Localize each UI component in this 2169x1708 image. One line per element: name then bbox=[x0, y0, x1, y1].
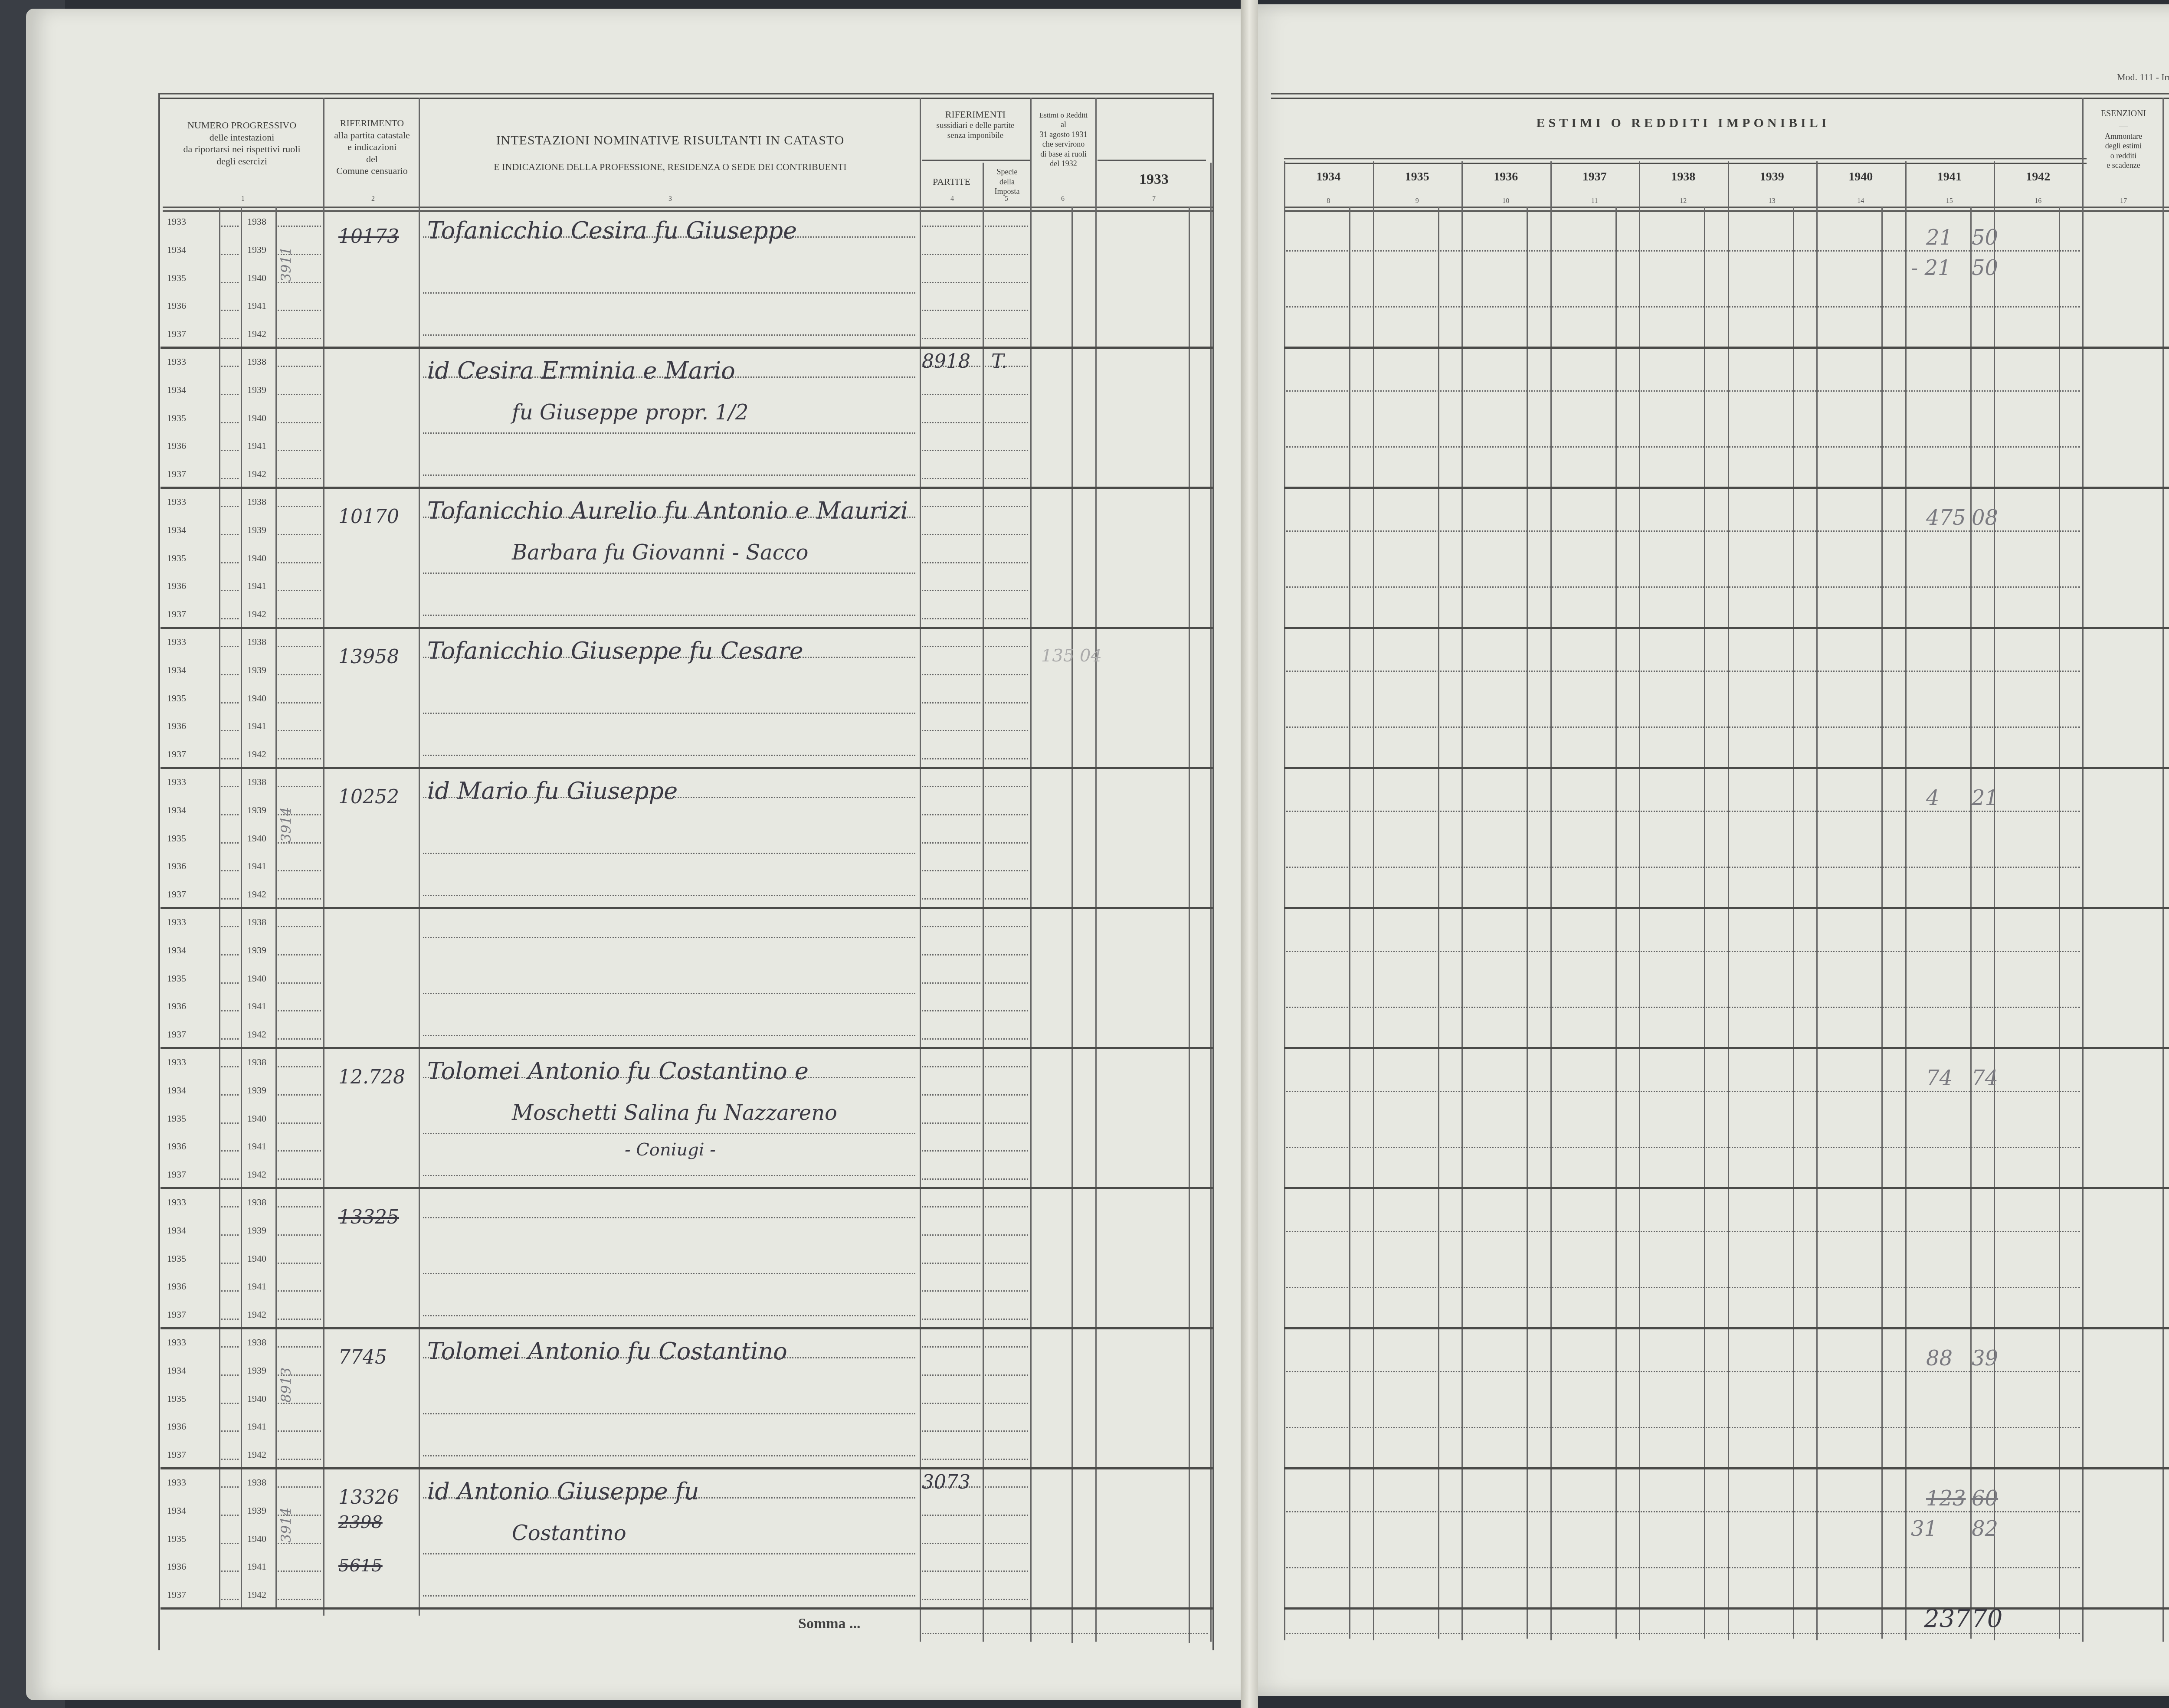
intestazione-line-2: Moschetti Salina fu Nazzareno bbox=[512, 1101, 837, 1125]
header-estimi-redditi-imponibili: ESTIMI O REDDITI IMPONIBILI bbox=[1284, 115, 2082, 131]
year-label-b: 1941 bbox=[247, 300, 266, 311]
year-label-a: 1937 bbox=[167, 1449, 186, 1460]
progressivo-note: 8913 bbox=[278, 1368, 294, 1403]
year-label-a: 1936 bbox=[167, 861, 186, 872]
partite-value: 3073 bbox=[922, 1471, 970, 1493]
year-label-a: 1935 bbox=[167, 412, 186, 424]
progressivo-note: 3914 bbox=[278, 807, 294, 842]
year-label-a: 1934 bbox=[167, 244, 186, 255]
estimo-1941-lire: 21 bbox=[1926, 226, 1953, 250]
estimo-1941-lire: 74 bbox=[1926, 1066, 1953, 1090]
year-label-b: 1942 bbox=[247, 609, 266, 620]
intestazione-line-1: id Mario fu Giuseppe bbox=[427, 777, 678, 805]
year-label-a: 1935 bbox=[167, 1253, 186, 1264]
year-header-1936: 1936 bbox=[1461, 170, 1550, 184]
year-label-a: 1937 bbox=[167, 468, 186, 480]
col-number-6: 6 bbox=[1054, 195, 1071, 203]
year-label-b: 1941 bbox=[247, 1281, 266, 1292]
intestazione-line-1: Tofanicchio Giuseppe fu Cesare bbox=[427, 637, 803, 664]
year-label-a: 1937 bbox=[167, 328, 186, 340]
year-label-b: 1940 bbox=[247, 1253, 266, 1264]
year-label-b: 1939 bbox=[247, 384, 266, 396]
year-label-a: 1936 bbox=[167, 1421, 186, 1432]
year-label-a: 1937 bbox=[167, 889, 186, 900]
year-label-a: 1934 bbox=[167, 945, 186, 956]
col-number-12: 12 bbox=[1674, 197, 1692, 205]
year-label-a: 1934 bbox=[167, 805, 186, 816]
year-label-b: 1941 bbox=[247, 861, 266, 872]
intestazione-line-1: Tolomei Antonio fu Costantino e bbox=[427, 1057, 809, 1085]
year-label-b: 1942 bbox=[247, 1169, 266, 1180]
year-label-a: 1937 bbox=[167, 1589, 186, 1600]
year-label-a: 1933 bbox=[167, 1477, 186, 1488]
header-numero-progressivo: NUMERO PROGRESSIVO delle intestazioni da… bbox=[161, 119, 323, 167]
col-number-16: 16 bbox=[2029, 197, 2047, 205]
header-riferimenti-sussidiari: RIFERIMENTI sussidiari e delle partite s… bbox=[921, 108, 1030, 141]
col-number-15: 15 bbox=[1941, 197, 1958, 205]
estimo-1932-value: 135 04 bbox=[1041, 646, 1102, 666]
year-label-b: 1941 bbox=[247, 440, 266, 452]
book-spine bbox=[1241, 0, 1258, 1708]
year-label-a: 1935 bbox=[167, 1393, 186, 1404]
year-label-b: 1942 bbox=[247, 1449, 266, 1460]
year-label-b: 1940 bbox=[247, 1113, 266, 1124]
header-partite: PARTITE bbox=[921, 176, 983, 188]
year-header-1938: 1938 bbox=[1639, 170, 1728, 184]
intestazione-line-1: Tofanicchio Cesira fu Giuseppe bbox=[427, 217, 797, 244]
year-label-a: 1934 bbox=[167, 1085, 186, 1096]
year-label-a: 1934 bbox=[167, 384, 186, 396]
header-annotazioni: ANNOTAZIONI bbox=[2165, 143, 2169, 156]
year-header-1935: 1935 bbox=[1373, 170, 1462, 184]
riferimento-partita: 13958 bbox=[338, 646, 399, 668]
intestazione-line-3: - Coniugi - bbox=[625, 1140, 716, 1160]
col-number-4: 4 bbox=[944, 195, 961, 203]
year-label-b: 1940 bbox=[247, 973, 266, 984]
year-label-a: 1934 bbox=[167, 664, 186, 676]
year-label-b: 1942 bbox=[247, 468, 266, 480]
col-number-2: 2 bbox=[364, 195, 382, 203]
year-label-b: 1939 bbox=[247, 1505, 266, 1516]
estimo-1941-lire: 4 bbox=[1926, 786, 1940, 810]
year-label-b: 1938 bbox=[247, 916, 266, 928]
riferimento-struck-1: 2398 bbox=[338, 1512, 383, 1532]
header-riferimento: RIFERIMENTO alla partita catastale e ind… bbox=[325, 117, 419, 177]
year-header-1941: 1941 bbox=[1905, 170, 1994, 184]
year-label-b: 1940 bbox=[247, 272, 266, 284]
year-label-b: 1941 bbox=[247, 720, 266, 732]
year-label-b: 1939 bbox=[247, 1085, 266, 1096]
col-number-9: 9 bbox=[1409, 197, 1426, 205]
year-label-a: 1936 bbox=[167, 300, 186, 311]
estimo-1941-lire: 123 bbox=[1926, 1486, 1966, 1511]
intestazione-line-1: id Antonio Giuseppe fu bbox=[427, 1478, 699, 1505]
estimo-1941-lire-b: 31 bbox=[1911, 1517, 1937, 1541]
year-label-b: 1942 bbox=[247, 889, 266, 900]
header-esenzioni: ESENZIONI — Ammontare degli estimi o red… bbox=[2084, 108, 2162, 170]
year-label-a: 1933 bbox=[167, 496, 186, 507]
year-label-a: 1936 bbox=[167, 1561, 186, 1572]
year-label-a: 1935 bbox=[167, 973, 186, 984]
col-number-17: 17 bbox=[2115, 197, 2132, 205]
header-estimi-1931: Estimi o Redditi al 31 agosto 1931 che s… bbox=[1032, 111, 1095, 169]
intestazione-line-2: Barbara fu Giovanni - Sacco bbox=[512, 540, 808, 565]
year-label-b: 1938 bbox=[247, 1197, 266, 1208]
year-label-b: 1938 bbox=[247, 776, 266, 788]
year-label-a: 1935 bbox=[167, 833, 186, 844]
year-label-b: 1939 bbox=[247, 524, 266, 536]
intestazione-line-2: fu Giuseppe propr. 1/2 bbox=[512, 400, 748, 425]
year-label-b: 1940 bbox=[247, 693, 266, 704]
year-label-a: 1933 bbox=[167, 1337, 186, 1348]
year-label-b: 1942 bbox=[247, 1029, 266, 1040]
intestazione-line-1: id Cesira Erminia e Mario bbox=[427, 357, 735, 384]
col-number-13: 13 bbox=[1763, 197, 1781, 205]
year-label-a: 1936 bbox=[167, 580, 186, 592]
progressivo-note: 3914 bbox=[278, 1508, 294, 1543]
year-label-a: 1934 bbox=[167, 1225, 186, 1236]
year-label-b: 1941 bbox=[247, 1561, 266, 1572]
somma-label: Somma ... bbox=[798, 1616, 861, 1632]
col-number-1: 1 bbox=[234, 195, 252, 203]
intestazione-line-2: Costantino bbox=[512, 1521, 626, 1545]
left-page bbox=[26, 9, 1254, 1700]
year-label-b: 1940 bbox=[247, 1533, 266, 1544]
estimo-1941-cents-b: 82 bbox=[1972, 1517, 1998, 1541]
year-label-a: 1933 bbox=[167, 1057, 186, 1068]
col-number-8: 8 bbox=[1320, 197, 1337, 205]
year-label-b: 1942 bbox=[247, 1589, 266, 1600]
riferimento-partita: 10252 bbox=[338, 786, 399, 808]
col-number-10: 10 bbox=[1497, 197, 1514, 205]
riferimento-struck-2: 5615 bbox=[338, 1556, 383, 1576]
year-label-b: 1941 bbox=[247, 1141, 266, 1152]
year-header-1942: 1942 bbox=[1994, 170, 2083, 184]
year-label-a: 1933 bbox=[167, 1197, 186, 1208]
year-label-a: 1933 bbox=[167, 916, 186, 928]
year-label-a: 1936 bbox=[167, 440, 186, 452]
year-label-a: 1937 bbox=[167, 1029, 186, 1040]
year-label-b: 1941 bbox=[247, 1001, 266, 1012]
year-label-b: 1938 bbox=[247, 496, 266, 507]
year-label-a: 1937 bbox=[167, 1169, 186, 1180]
year-header-1934: 1934 bbox=[1284, 170, 1373, 184]
year-label-b: 1940 bbox=[247, 553, 266, 564]
year-label-a: 1935 bbox=[167, 1113, 186, 1124]
year-label-b: 1940 bbox=[247, 412, 266, 424]
year-label-b: 1938 bbox=[247, 1057, 266, 1068]
year-header-1933: 1933 bbox=[1098, 171, 1210, 188]
year-label-b: 1939 bbox=[247, 945, 266, 956]
estimo-1941-lire: 88 bbox=[1926, 1346, 1953, 1371]
year-label-a: 1937 bbox=[167, 609, 186, 620]
riferimento-partita: 10170 bbox=[338, 506, 399, 528]
estimo-1941-cents: 08 bbox=[1972, 506, 1998, 530]
somma-1941-cents: 70 bbox=[1972, 1605, 2002, 1633]
col-number-5: 5 bbox=[998, 195, 1015, 203]
riferimento-partita: 10173 bbox=[338, 226, 399, 248]
header-specie-imposta: Specie della Imposta bbox=[984, 167, 1030, 196]
year-label-a: 1936 bbox=[167, 1141, 186, 1152]
year-label-b: 1940 bbox=[247, 1393, 266, 1404]
year-label-b: 1939 bbox=[247, 1225, 266, 1236]
estimo-1941-cents: 50 bbox=[1972, 226, 1998, 250]
year-label-b: 1941 bbox=[247, 580, 266, 592]
col-number-7: 7 bbox=[1145, 195, 1163, 203]
year-label-a: 1936 bbox=[167, 720, 186, 732]
specie-imposta-value: T. bbox=[991, 350, 1007, 373]
year-label-a: 1936 bbox=[167, 1281, 186, 1292]
riferimento-partita: 13325 bbox=[338, 1206, 399, 1228]
col-number-3: 3 bbox=[662, 195, 679, 203]
year-label-a: 1937 bbox=[167, 1309, 186, 1320]
year-label-b: 1940 bbox=[247, 833, 266, 844]
estimo-1941-lire: 475 bbox=[1926, 506, 1966, 530]
year-label-a: 1937 bbox=[167, 749, 186, 760]
form-model-label: Mod. 111 - Imposte Dirette (Intercalare)… bbox=[2117, 72, 2169, 83]
riferimento-partita: 13326 bbox=[338, 1486, 399, 1508]
year-label-b: 1942 bbox=[247, 328, 266, 340]
estimo-1941-cents: 39 bbox=[1972, 1346, 1998, 1371]
intestazione-line-1: Tolomei Antonio fu Costantino bbox=[427, 1338, 787, 1365]
year-label-b: 1938 bbox=[247, 216, 266, 227]
estimo-1941-cents: 74 bbox=[1972, 1066, 1998, 1090]
year-label-b: 1942 bbox=[247, 749, 266, 760]
year-label-a: 1933 bbox=[167, 216, 186, 227]
partite-value: 8918 bbox=[922, 350, 970, 373]
col-number-14: 14 bbox=[1852, 197, 1869, 205]
year-label-b: 1938 bbox=[247, 1477, 266, 1488]
year-label-b: 1938 bbox=[247, 636, 266, 648]
header-intestazioni: INTESTAZIONI NOMINATIVE RISULTANTI IN CA… bbox=[421, 132, 920, 173]
col-number-11: 11 bbox=[1586, 197, 1603, 205]
year-label-a: 1933 bbox=[167, 776, 186, 788]
year-label-a: 1933 bbox=[167, 356, 186, 367]
right-page bbox=[1249, 4, 2169, 1696]
estimo-1941-lire-b: - 21 bbox=[1911, 256, 1951, 280]
somma-1941-lire: 237 bbox=[1924, 1605, 1970, 1633]
year-label-a: 1935 bbox=[167, 693, 186, 704]
estimo-1941-cents: 21 bbox=[1972, 786, 1998, 810]
year-label-a: 1936 bbox=[167, 1001, 186, 1012]
estimo-1941-cents: 60 bbox=[1972, 1486, 1998, 1511]
year-header-1940: 1940 bbox=[1816, 170, 1905, 184]
year-label-b: 1942 bbox=[247, 1309, 266, 1320]
intestazione-line-1: Tofanicchio Aurelio fu Antonio e Maurizi bbox=[427, 497, 908, 524]
year-label-a: 1935 bbox=[167, 1533, 186, 1544]
year-label-a: 1933 bbox=[167, 636, 186, 648]
year-label-b: 1939 bbox=[247, 244, 266, 255]
year-label-b: 1941 bbox=[247, 1421, 266, 1432]
year-header-1939: 1939 bbox=[1728, 170, 1817, 184]
year-label-a: 1934 bbox=[167, 524, 186, 536]
year-label-b: 1939 bbox=[247, 805, 266, 816]
year-label-b: 1938 bbox=[247, 1337, 266, 1348]
year-label-a: 1935 bbox=[167, 272, 186, 284]
estimo-1941-cents-b: 50 bbox=[1972, 256, 1998, 280]
year-label-b: 1938 bbox=[247, 356, 266, 367]
riferimento-partita: 12.728 bbox=[338, 1066, 405, 1088]
year-label-b: 1939 bbox=[247, 1365, 266, 1376]
year-label-a: 1934 bbox=[167, 1505, 186, 1516]
year-header-1937: 1937 bbox=[1550, 170, 1639, 184]
year-label-a: 1934 bbox=[167, 1365, 186, 1376]
progressivo-note: 3911 bbox=[278, 247, 294, 282]
year-label-a: 1935 bbox=[167, 553, 186, 564]
year-label-b: 1939 bbox=[247, 664, 266, 676]
riferimento-partita: 7745 bbox=[338, 1346, 387, 1368]
